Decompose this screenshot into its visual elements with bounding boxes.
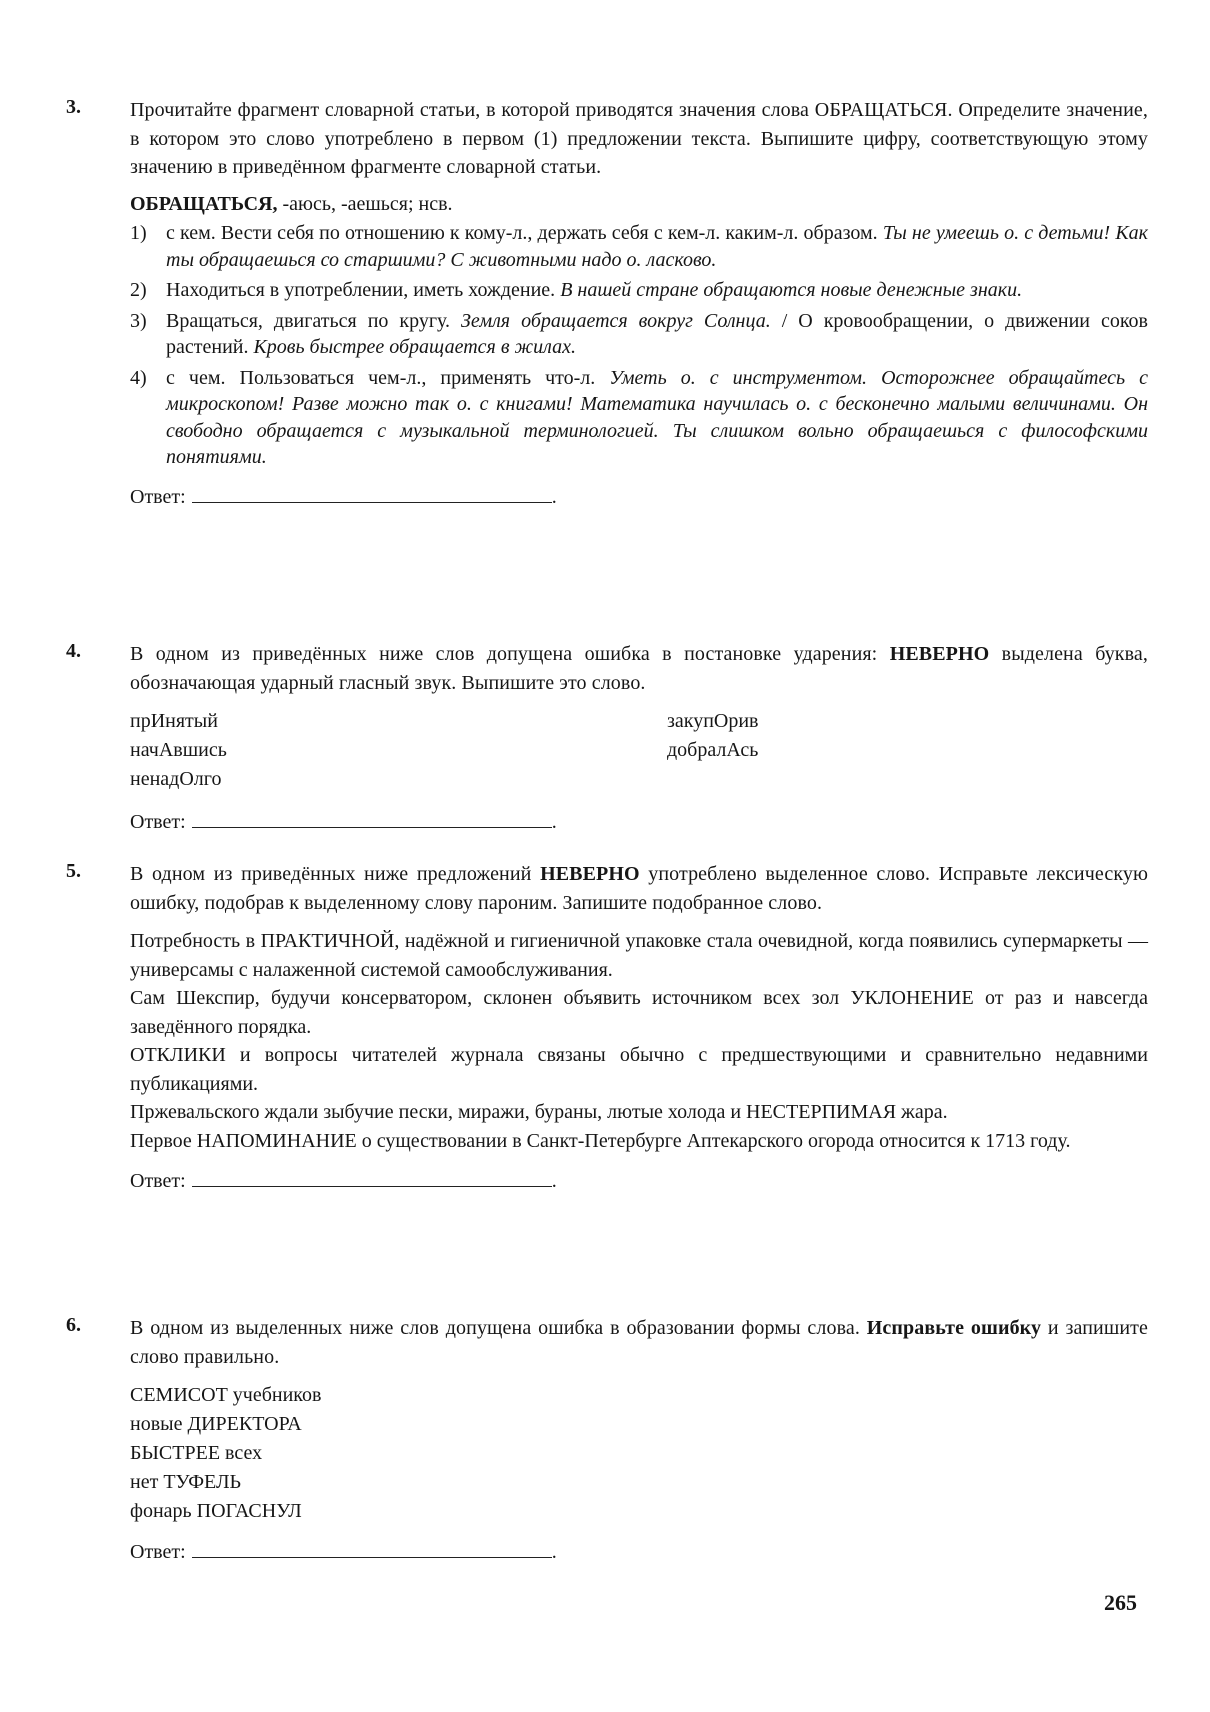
phrase-item: новые ДИРЕКТОРА xyxy=(130,1410,1148,1439)
grammar-forms: -аюсь, -аешься; нсв. xyxy=(277,193,452,215)
sentence-list: Потребность в ПРАКТИЧНОЙ, надёжной и гиг… xyxy=(130,927,1148,1155)
task-body: Прочитайте фрагмент словарной статьи, в … xyxy=(130,96,1148,511)
task-body: В одном из приведённых ниже предложений … xyxy=(130,860,1148,1195)
answer-field[interactable] xyxy=(192,809,552,828)
word-column-1: прИнятый начАвшись ненадОлго xyxy=(130,707,1148,794)
answer-label: Ответ: xyxy=(130,1170,186,1192)
page-number: 265 xyxy=(1104,1590,1137,1616)
sentence-item: Первое НАПОМИНАНИЕ о существовании в Сан… xyxy=(130,1127,1148,1156)
answer-label: Ответ: xyxy=(130,1541,186,1563)
word-item: начАвшись xyxy=(130,736,1148,765)
task-number: 6. xyxy=(66,1314,81,1337)
phrase-item: нет ТУФЕЛЬ xyxy=(130,1468,1148,1497)
task-instruction: В одном из приведённых ниже слов допущен… xyxy=(130,640,1148,697)
task-number: 5. xyxy=(66,860,81,883)
task-body: В одном из приведённых ниже слов допущен… xyxy=(130,640,1148,836)
answer-label: Ответ: xyxy=(130,486,186,508)
task-number: 3. xyxy=(66,96,81,119)
phrase-list: СЕМИСОТ учебников новые ДИРЕКТОРА БЫСТРЕ… xyxy=(130,1381,1148,1526)
word-item: добралАсь xyxy=(667,736,759,765)
meaning-1: 1) с кем. Вести себя по отношению к кому… xyxy=(130,220,1148,273)
answer-row: Ответ:. xyxy=(130,1167,1148,1195)
word-item: прИнятый xyxy=(130,707,1148,736)
meaning-3: 3) Вращаться, двигаться по кругу. Земля … xyxy=(130,308,1148,361)
phrase-item: БЫСТРЕЕ всех xyxy=(130,1439,1148,1468)
task-instruction: В одном из приведённых ниже предложений … xyxy=(130,860,1148,917)
answer-row: Ответ:. xyxy=(130,808,1148,836)
word-column-2: закупОрив добралАсь xyxy=(667,707,759,765)
headword: ОБРАЩАТЬСЯ, xyxy=(130,193,277,215)
dictionary-entry-head: ОБРАЩАТЬСЯ, -аюсь, -аешься; нсв. xyxy=(130,190,1148,219)
sentence-item: ОТКЛИКИ и вопросы читателей журнала связ… xyxy=(130,1041,1148,1098)
word-list: прИнятый начАвшись ненадОлго закупОрив д… xyxy=(130,707,1148,794)
sentence-item: Потребность в ПРАКТИЧНОЙ, надёжной и гиг… xyxy=(130,927,1148,984)
answer-field[interactable] xyxy=(192,1168,552,1187)
phrase-item: фонарь ПОГАСНУЛ xyxy=(130,1497,1148,1526)
sentence-item: Сам Шекспир, будучи консерватором, склон… xyxy=(130,984,1148,1041)
word-item: ненадОлго xyxy=(130,765,1148,794)
answer-label: Ответ: xyxy=(130,811,186,833)
answer-row: Ответ:. xyxy=(130,1538,1148,1566)
task-instruction: В одном из выделенных ниже слов допущена… xyxy=(130,1314,1148,1371)
answer-row: Ответ:. xyxy=(130,483,1148,511)
task-body: В одном из выделенных ниже слов допущена… xyxy=(130,1314,1148,1566)
meaning-4: 4) с чем. Пользоваться чем-л., применять… xyxy=(130,365,1148,471)
answer-field[interactable] xyxy=(192,1539,552,1558)
word-item: закупОрив xyxy=(667,707,759,736)
task-instruction: Прочитайте фрагмент словарной статьи, в … xyxy=(130,96,1148,182)
phrase-item: СЕМИСОТ учебников xyxy=(130,1381,1148,1410)
answer-field[interactable] xyxy=(192,484,552,503)
task-number: 4. xyxy=(66,640,81,663)
sentence-item: Пржевальского ждали зыбучие пески, мираж… xyxy=(130,1098,1148,1127)
meaning-2: 2) Находиться в употреблении, иметь хожд… xyxy=(130,277,1148,304)
